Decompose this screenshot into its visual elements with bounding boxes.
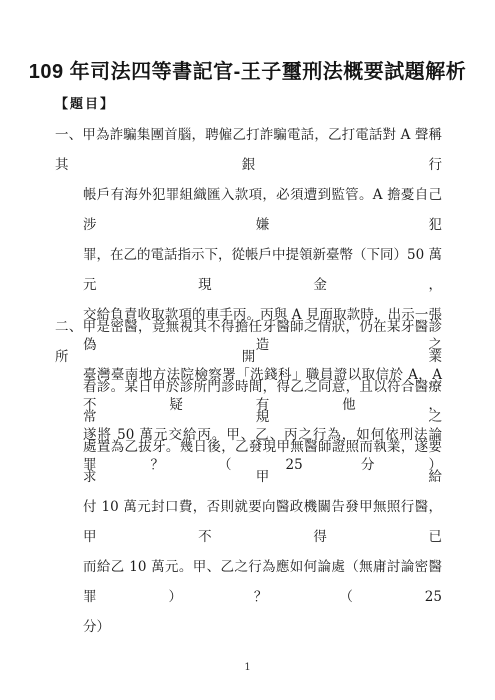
document-title: 109 年司法四等書記官-王子璽刑法概要試題解析 [0,59,495,85]
question-1-line-1: 一、甲為詐騙集團首腦，聘僱乙打詐騙電話，乙打電話對 A 聲稱其銀行 [55,120,442,180]
document-page: 109 年司法四等書記官-王子璽刑法概要試題解析 【題目】 一、甲為詐騙集團首腦… [0,0,495,700]
question-2-line-3: 處置為乙拔牙。幾日後，乙發現甲無醫師證照而執業，遂要求甲給 [83,432,442,492]
section-heading-questions: 【題目】 [55,96,115,114]
question-2-line-6: 分） [83,612,442,642]
question-1-line-2: 帳戶有海外犯罪組織匯入款項，必須遭到監管。A 擔憂自己涉嫌犯 [83,180,442,240]
page-number: 1 [0,661,495,675]
question-2-line-1: 二、甲是密醫，竟無視其不得擔任牙醫師之情狀，仍在某牙醫診所開業 [55,312,442,372]
question-2-line-4: 付 10 萬元封口費，否則就要向醫政機關告發甲無照行醫，甲不得已 [83,492,442,552]
question-2-line-2: 看診。某日甲於診所門診時間，得乙之同意，且以符合醫療常規之 [83,372,442,432]
question-1-line-3: 罪，在乙的電話指示下，從帳戶中提領新臺幣（下同）50 萬元現金， [83,240,442,300]
question-2: 二、甲是密醫，竟無視其不得擔任牙醫師之情狀，仍在某牙醫診所開業 看診。某日甲於診… [55,312,442,642]
question-2-line-5: 而給乙 10 萬元。甲、乙之行為應如何論處（無庸討論密醫罪）？（25 [83,552,442,612]
